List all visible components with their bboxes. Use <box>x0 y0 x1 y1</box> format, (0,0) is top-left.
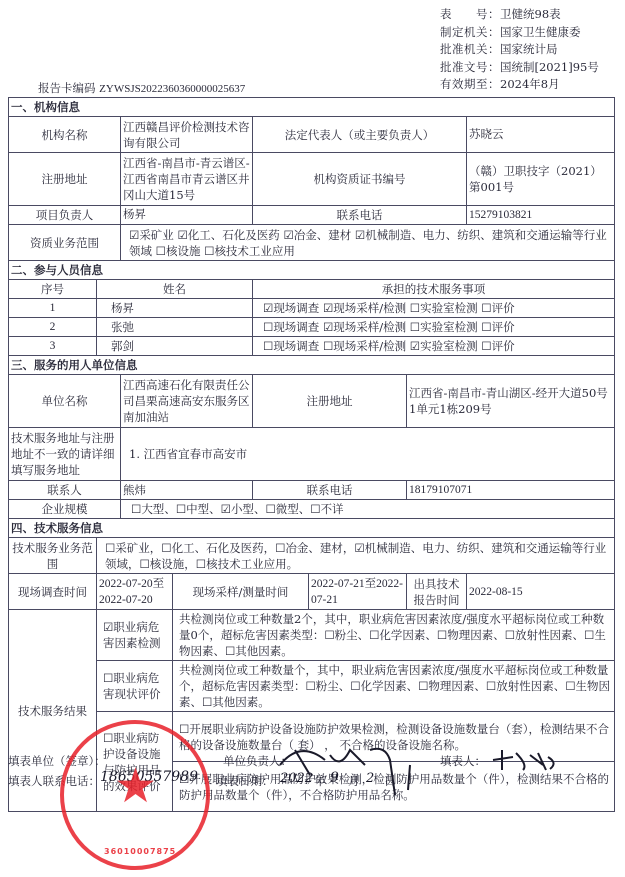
sampling-time-label: 现场采样/测量时间 <box>173 574 309 610</box>
service-scope-label: 技术服务业务范围 <box>9 538 97 574</box>
scope-label: 资质业务范围 <box>9 225 121 261</box>
section1-title: 一、机构信息 <box>9 98 615 117</box>
report-time-label: 出具技术报告时间 <box>407 574 467 610</box>
unit-phone-label: 联系电话 <box>253 481 407 500</box>
seal-serial: 36010007875 <box>104 847 176 856</box>
service-scope-value: ☐采矿业，☐化工、石化及医药，☐冶金、建材，☑机械制造、电力、纺织、建筑和交通运… <box>97 538 615 574</box>
staff-name: 郭剑 <box>97 337 253 356</box>
filler-phone-value: 18650557989 <box>100 769 198 785</box>
meta-row-issuer: 制定机关：国家卫生健康委 <box>440 24 599 42</box>
scope-item-nuclear[interactable]: ☐核设施 <box>156 244 201 258</box>
unit-reg-address-label: 注册地址 <box>253 375 407 428</box>
staff-name: 杨昇 <box>97 299 253 318</box>
checkbox-empty-icon: ☐ <box>204 244 214 258</box>
meta-row-approver: 批准机关：国家统计局 <box>440 41 599 59</box>
checkbox-checked-icon: ☑ <box>177 228 187 242</box>
unit-seal-label: 填表单位（签章）： <box>8 753 106 769</box>
scope-item-metallurgy[interactable]: ☑冶金、建材 <box>283 228 351 242</box>
project-lead-label: 项目负责人 <box>9 206 121 225</box>
staff-tasks: ☐现场调查 ☐现场采样/检测 ☑实验室检测 ☐评价 <box>253 337 615 356</box>
section3-title: 三、服务的用人单位信息 <box>9 356 615 375</box>
staff-row: 2 张弛 ☐现场调查 ☑现场采样/检测 ☐实验室检测 ☐评价 <box>9 318 615 337</box>
checkbox-checked-icon: ☑ <box>283 228 293 242</box>
staff-row: 3 郭剑 ☐现场调查 ☐现场采样/检测 ☑实验室检测 ☐评价 <box>9 337 615 356</box>
scope-checklist: ☑采矿业 ☑化工、石化及医药 ☑冶金、建材 ☑机械制造、电力、纺织、建筑和交通运… <box>121 225 615 261</box>
unit-name-label: 单位名称 <box>9 375 121 428</box>
unit-phone-value: 18179107071 <box>407 481 615 500</box>
unit-head-signature <box>270 735 430 805</box>
report-form-table: 一、机构信息 机构名称 江西赣昌评价检测技术咨询有限公司 法定代表人（或主要负责… <box>8 97 615 812</box>
phone-label: 联系电话 <box>253 206 467 225</box>
service-addr-label: 技术服务地址与注册地址不一致的请详细填写服务地址 <box>9 428 121 481</box>
org-name-label: 机构名称 <box>9 117 121 153</box>
col-header-tasks: 承担的技术服务事项 <box>253 280 615 299</box>
report-code-label: 报告卡编码 <box>38 81 96 95</box>
section4-title: 四、技术服务信息 <box>9 519 615 538</box>
survey-time-label: 现场调查时间 <box>9 574 97 610</box>
unit-reg-address-value: 江西省-南昌市-青山湖区-经开大道50号1单元1栋209号 <box>407 375 615 428</box>
checkbox-checked-icon: ☑ <box>355 228 365 242</box>
legal-rep-value: 苏晓云 <box>467 117 615 153</box>
contact-label: 联系人 <box>9 481 121 500</box>
staff-row: 1 杨昇 ☑现场调查 ☑现场采样/检测 ☐实验室检测 ☐评价 <box>9 299 615 318</box>
staff-tasks: ☑现场调查 ☑现场采样/检测 ☐实验室检测 ☐评价 <box>253 299 615 318</box>
result-status-eval-text: 共检测岗位或工种数量个，其中，职业病危害因素浓度/强度水平超标岗位或工种数量个，… <box>173 661 615 712</box>
survey-time-value: 2022-07-20至2022-07-20 <box>97 574 173 610</box>
reg-address-value: 江西省-南昌市-青云谱区-江西省南昌市青云谱区井冈山大道15号 <box>121 153 253 206</box>
staff-no: 1 <box>9 299 97 318</box>
size-micro[interactable]: ☐微型、 <box>265 502 310 516</box>
result-status-eval-label: ☐职业病危害现状评价 <box>97 661 173 712</box>
scope-item-nuclear-tech[interactable]: ☐核技术工业应用 <box>204 244 295 258</box>
report-code-value: ZYWSJS2022360360000025637 <box>99 83 245 95</box>
size-unknown[interactable]: ☐不详 <box>310 502 343 516</box>
fill-date-label: 填表日期： <box>216 773 274 789</box>
size-large[interactable]: ☐大型、 <box>131 502 176 516</box>
checkbox-checked-icon: ☑ <box>129 228 139 242</box>
size-checklist: ☐大型、☐中型、☑小型、☐微型、☐不详 <box>121 500 615 519</box>
section2-title: 二、参与人员信息 <box>9 261 615 280</box>
col-header-no: 序号 <box>9 280 97 299</box>
scope-item-chemical[interactable]: ☑化工、石化及医药 <box>177 228 279 242</box>
service-addr-value: 1. 江西省宜春市高安市 <box>121 428 615 481</box>
meta-row-form-no: 表 号：卫健统98表 <box>440 6 599 24</box>
staff-no: 2 <box>9 318 97 337</box>
reg-address-label: 注册地址 <box>9 153 121 206</box>
legal-rep-label: 法定代表人（或主要负责人） <box>253 117 467 153</box>
staff-name: 张弛 <box>97 318 253 337</box>
sampling-time-value: 2022-07-21至2022-07-21 <box>309 574 407 610</box>
size-medium[interactable]: ☐中型、 <box>176 502 221 516</box>
filler-phone-label: 填表人联系电话： <box>8 773 100 789</box>
result-hazard-detection-label: ☑职业病危害因素检测 <box>97 610 173 661</box>
col-header-name: 姓名 <box>97 280 253 299</box>
report-time-value: 2022-08-15 <box>467 574 615 610</box>
result-hazard-detection-text: 共检测岗位或工种数量2个，其中，职业病危害因素浓度/强度水平超标岗位或工种数量0… <box>173 610 615 661</box>
unit-name-value: 江西高速石化有限责任公司昌栗高速高安东服务区南加油站 <box>121 375 253 428</box>
cert-no-label: 机构资质证书编号 <box>253 153 467 206</box>
size-small[interactable]: ☑小型、 <box>221 502 266 516</box>
report-code: 报告卡编码 ZYWSJS2022360360000025637 <box>38 80 245 96</box>
checkbox-empty-icon: ☐ <box>156 244 166 258</box>
staff-tasks: ☐现场调查 ☑现场采样/检测 ☐实验室检测 ☐评价 <box>253 318 615 337</box>
cert-no-value: （赣）卫职技字（2021）第001号 <box>467 153 615 206</box>
meta-row-valid-until: 有效期至：2024年8月 <box>440 76 599 94</box>
form-meta-block: 表 号：卫健统98表 制定机关：国家卫生健康委 批准机关：国家统计局 批准文号：… <box>440 6 599 94</box>
size-label: 企业规模 <box>9 500 121 519</box>
scope-item-mining[interactable]: ☑采矿业 <box>129 228 174 242</box>
meta-row-approval-no: 批准文号：国统制[2021]95号 <box>440 59 599 77</box>
org-name-value: 江西赣昌评价检测技术咨询有限公司 <box>121 117 253 153</box>
phone-value: 15279103821 <box>467 206 615 225</box>
staff-no: 3 <box>9 337 97 356</box>
contact-value: 熊炜 <box>121 481 253 500</box>
filler-signature <box>488 745 568 775</box>
filler-label: 填表人： <box>440 753 486 769</box>
project-lead-value: 杨昇 <box>121 206 253 225</box>
